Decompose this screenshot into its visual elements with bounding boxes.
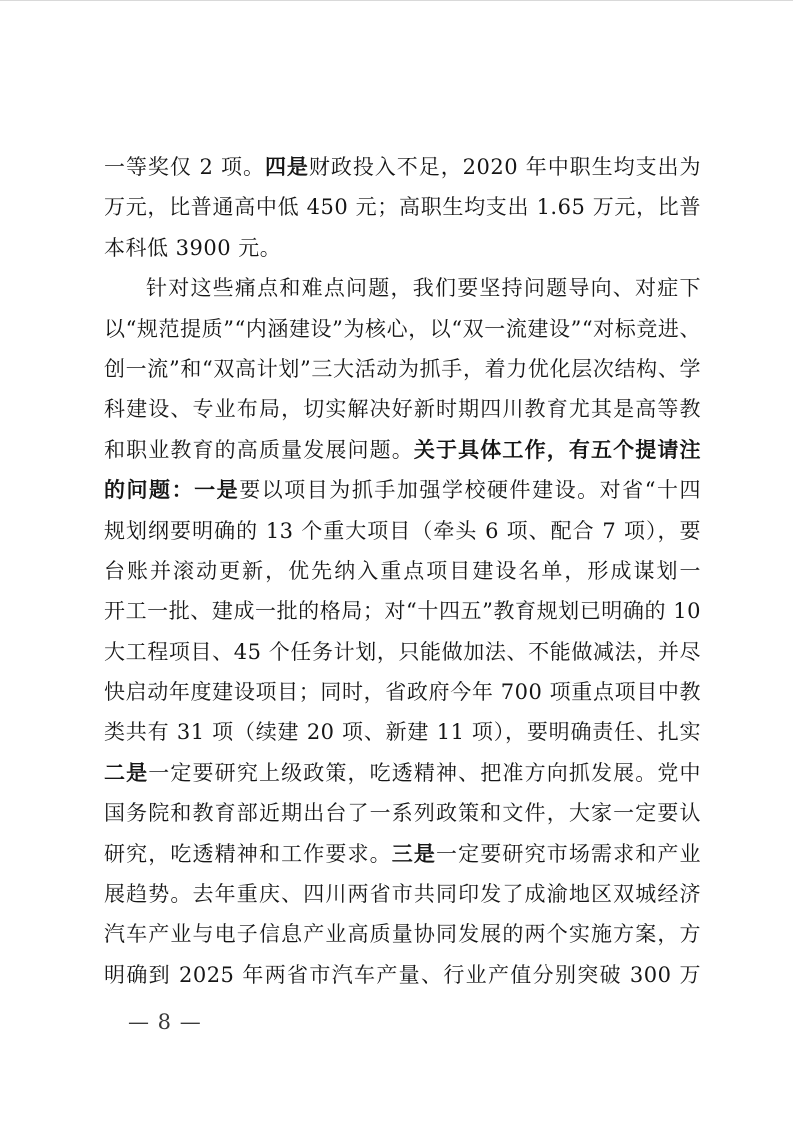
text-line: 规划纲要明确的 13 个重大项目（牵头 6 项、配合 7 项），要建立 xyxy=(104,511,701,551)
page-number: — 8 — xyxy=(128,1008,202,1036)
body-text: 汽车产业与电子信息产业高质量协同发展的两个实施方案，方案 xyxy=(104,922,701,954)
text-line: 的问题：一是要以项目为抓手加强学校硬件建设。对省“十四五” xyxy=(104,470,701,510)
text-line: 大工程项目、45 个任务计划，只能做加法、不能做减法，并尽 xyxy=(104,632,701,672)
body-text: 科建设、专业布局，切实解决好新时期四川教育尤其是高等教育 xyxy=(104,397,701,429)
body-text: 类共有 31 项（续建 20 项、新建 11 项），要明确责任、扎实推进。 xyxy=(104,720,701,752)
body-text: 明确到 2025 年两省市汽车产量、行业产值分别突破 300 万辆和 xyxy=(104,963,701,995)
body-text: 万元，比普通高中低 450 元；高职生均支出 1.65 万元，比普通 xyxy=(104,195,701,227)
body-text: 本科低 3900 元。 xyxy=(104,236,281,260)
body-text: 一等奖仅 2 项。 xyxy=(104,155,265,179)
emphasis-text: 四是 xyxy=(265,156,309,179)
body-text: 针对这些痛点和难点问题，我们要坚持问题导向、对症下药， xyxy=(104,276,701,308)
body-text: 大工程项目、45 个任务计划，只能做加法、不能做减法，并尽 xyxy=(104,640,701,664)
body-text: 开工一批、建成一批的格局；对“十四五”教育规划已明确的 10 xyxy=(104,599,701,623)
body-text: 以“规范提质”“内涵建设”为核心，以“双一流建设”“对标竞进、争 xyxy=(104,317,701,349)
text-line: 类共有 31 项（续建 20 项、新建 11 项），要明确责任、扎实推进。 xyxy=(104,712,701,752)
text-line: 和职业教育的高质量发展问题。关于具体工作，有五个提请注意 xyxy=(104,430,701,470)
emphasis-text: 二是 xyxy=(104,762,148,785)
text-line: 开工一批、建成一批的格局；对“十四五”教育规划已明确的 10 xyxy=(104,591,701,631)
text-line: 科建设、专业布局，切实解决好新时期四川教育尤其是高等教育 xyxy=(104,389,701,429)
body-text: 一定要研究上级政策，吃透精神、把准方向抓发展。党中央、 xyxy=(104,761,701,793)
body-text: 规划纲要明确的 13 个重大项目（牵头 6 项、配合 7 项），要建立 xyxy=(104,519,701,551)
document-page: 一等奖仅 2 项。四是财政投入不足，2020 年中职生均支出为 1.37万元，比… xyxy=(0,0,793,1122)
text-line: 创一流”和“双高计划”三大活动为抓手，着力优化层次结构、学 xyxy=(104,349,701,389)
emphasis-text: 的问题：一是 xyxy=(104,479,239,502)
body-text: 创一流”和“双高计划”三大活动为抓手，着力优化层次结构、学 xyxy=(104,357,701,381)
text-line: 针对这些痛点和难点问题，我们要坚持问题导向、对症下药， xyxy=(104,268,701,308)
body-text: 研究，吃透精神和工作要求。 xyxy=(104,842,392,866)
text-line: 二是一定要研究上级政策，吃透精神、把准方向抓发展。党中央、 xyxy=(104,753,701,793)
text-line: 本科低 3900 元。 xyxy=(104,228,701,268)
text-line: 一等奖仅 2 项。四是财政投入不足，2020 年中职生均支出为 1.37 xyxy=(104,147,701,187)
body-text: 和职业教育的高质量发展问题。 xyxy=(104,438,414,462)
body-text: 展趋势。去年重庆、四川两省市共同印发了成渝地区双城经济圈 xyxy=(104,882,701,914)
text-line: 汽车产业与电子信息产业高质量协同发展的两个实施方案，方案 xyxy=(104,914,701,954)
text-line: 台账并滚动更新，优先纳入重点项目建设名单，形成谋划一批、 xyxy=(104,551,701,591)
text-line: 以“规范提质”“内涵建设”为核心，以“双一流建设”“对标竞进、争 xyxy=(104,309,701,349)
body-text: 快启动年度建设项目；同时，省政府今年 700 项重点项目中教育 xyxy=(104,680,701,712)
text-line: 国务院和教育部近期出台了一系列政策和文件，大家一定要认真 xyxy=(104,793,701,833)
body-text: 台账并滚动更新，优先纳入重点项目建设名单，形成谋划一批、 xyxy=(104,559,701,591)
body-text: 国务院和教育部近期出台了一系列政策和文件，大家一定要认真 xyxy=(104,801,701,833)
emphasis-text: 三是 xyxy=(392,843,436,866)
text-line: 明确到 2025 年两省市汽车产量、行业产值分别突破 300 万辆和 xyxy=(104,955,701,995)
text-line: 万元，比普通高中低 450 元；高职生均支出 1.65 万元，比普通 xyxy=(104,187,701,227)
text-line: 快启动年度建设项目；同时，省政府今年 700 项重点项目中教育 xyxy=(104,672,701,712)
text-line: 研究，吃透精神和工作要求。三是一定要研究市场需求和产业发 xyxy=(104,834,701,874)
text-line: 展趋势。去年重庆、四川两省市共同印发了成渝地区双城经济圈 xyxy=(104,874,701,914)
document-text: 一等奖仅 2 项。四是财政投入不足，2020 年中职生均支出为 1.37万元，比… xyxy=(104,147,701,995)
